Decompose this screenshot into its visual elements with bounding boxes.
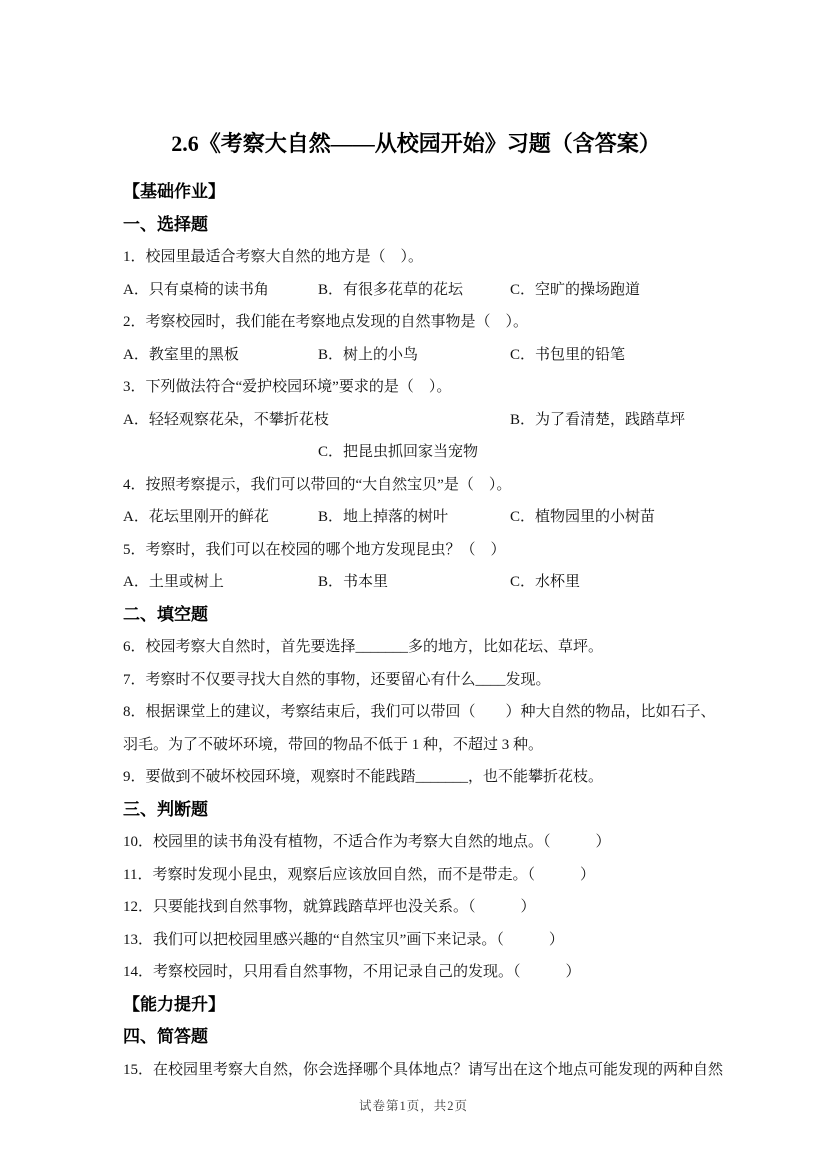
- question-5-options: A．土里或树上 B．书本里 C．水杯里: [123, 566, 709, 599]
- question-4-option-a: A．花坛里刚开的鲜花: [123, 501, 318, 534]
- page-footer: 试卷第1页，共2页: [0, 1096, 827, 1114]
- question-15-text: 15．在校园里考察大自然，你会选择哪个具体地点？请写出在这个地点可能发现的两种自…: [123, 1054, 709, 1087]
- question-3-option-c: C．把昆虫抓回家当宠物: [318, 444, 478, 460]
- question-4-option-b: B．地上掉落的树叶: [318, 501, 510, 534]
- question-1-option-c: C．空旷的操场跑道: [510, 274, 709, 307]
- question-2-option-b: B．树上的小鸟: [318, 339, 510, 372]
- question-8-text-line1: 8．根据课堂上的建议，考察结束后，我们可以带回（ ）种大自然的物品，比如石子、: [123, 696, 709, 729]
- question-5-option-c: C．水杯里: [510, 566, 709, 599]
- question-7-text: 7．考察时不仅要寻找大自然的事物，还要留心有什么____发现。: [123, 664, 709, 697]
- question-2-option-a: A．教室里的黑板: [123, 339, 318, 372]
- question-2-options: A．教室里的黑板 B．树上的小鸟 C．书包里的铅笔: [123, 339, 709, 372]
- question-11-text: 11．考察时发现小昆虫，观察后应该放回自然，而不是带走。（ ）: [123, 859, 709, 892]
- question-1-option-a: A．只有桌椅的读书角: [123, 274, 318, 307]
- question-6-text: 6．校园考察大自然时，首先要选择_______多的地方，比如花坛、草坪。: [123, 631, 709, 664]
- question-2-option-c: C．书包里的铅笔: [510, 339, 709, 372]
- question-3-options-row2: C．把昆虫抓回家当宠物: [123, 436, 709, 469]
- question-3-option-b: B．为了看清楚，践踏草坪: [510, 404, 709, 437]
- section-boost-header: 【能力提升】: [123, 989, 709, 1022]
- question-1-text: 1．校园里最适合考察大自然的地方是（ ）。: [123, 241, 709, 274]
- question-9-text: 9．要做到不破坏校园环境，观察时不能践踏_______，也不能攀折花枝。: [123, 761, 709, 794]
- question-14-text: 14．考察校园时，只用看自然事物，不用记录自己的发现。（ ）: [123, 956, 709, 989]
- question-5-option-b: B．书本里: [318, 566, 510, 599]
- question-3-option-a: A．轻轻观察花朵，不攀折花枝: [123, 404, 510, 437]
- document-title: 2.6《考察大自然——从校园开始》习题（含答案）: [123, 128, 709, 160]
- page-content: 2.6《考察大自然——从校园开始》习题（含答案） 【基础作业】 一、选择题 1．…: [123, 0, 709, 1086]
- heading-fill-questions: 二、填空题: [123, 599, 709, 632]
- question-4-option-c: C．植物园里的小树苗: [510, 501, 709, 534]
- heading-choice-questions: 一、选择题: [123, 209, 709, 242]
- question-1-option-b: B．有很多花草的花坛: [318, 274, 510, 307]
- question-10-text: 10．校园里的读书角没有植物，不适合作为考察大自然的地点。（ ）: [123, 826, 709, 859]
- question-12-text: 12．只要能找到自然事物，就算践踏草坪也没关系。（ ）: [123, 891, 709, 924]
- question-5-text: 5．考察时，我们可以在校园的哪个地方发现昆虫？（ ）: [123, 534, 709, 567]
- worksheet-page: 2.6《考察大自然——从校园开始》习题（含答案） 【基础作业】 一、选择题 1．…: [0, 0, 827, 1169]
- section-basic-header: 【基础作业】: [123, 176, 709, 209]
- question-4-text: 4．按照考察提示，我们可以带回的“大自然宝贝”是（ ）。: [123, 469, 709, 502]
- question-3-text: 3．下列做法符合“爱护校园环境”要求的是（ ）。: [123, 371, 709, 404]
- heading-judge-questions: 三、判断题: [123, 794, 709, 827]
- question-4-options: A．花坛里刚开的鲜花 B．地上掉落的树叶 C．植物园里的小树苗: [123, 501, 709, 534]
- heading-short-questions: 四、简答题: [123, 1021, 709, 1054]
- question-5-option-a: A．土里或树上: [123, 566, 318, 599]
- question-3-options-row1: A．轻轻观察花朵，不攀折花枝 B．为了看清楚，践踏草坪: [123, 404, 709, 437]
- question-13-text: 13．我们可以把校园里感兴趣的“自然宝贝”画下来记录。（ ）: [123, 924, 709, 957]
- question-2-text: 2．考察校园时，我们能在考察地点发现的自然事物是（ ）。: [123, 306, 709, 339]
- question-8-text-line2: 羽毛。为了不破坏环境，带回的物品不低于 1 种，不超过 3 种。: [123, 729, 709, 762]
- question-1-options: A．只有桌椅的读书角 B．有很多花草的花坛 C．空旷的操场跑道: [123, 274, 709, 307]
